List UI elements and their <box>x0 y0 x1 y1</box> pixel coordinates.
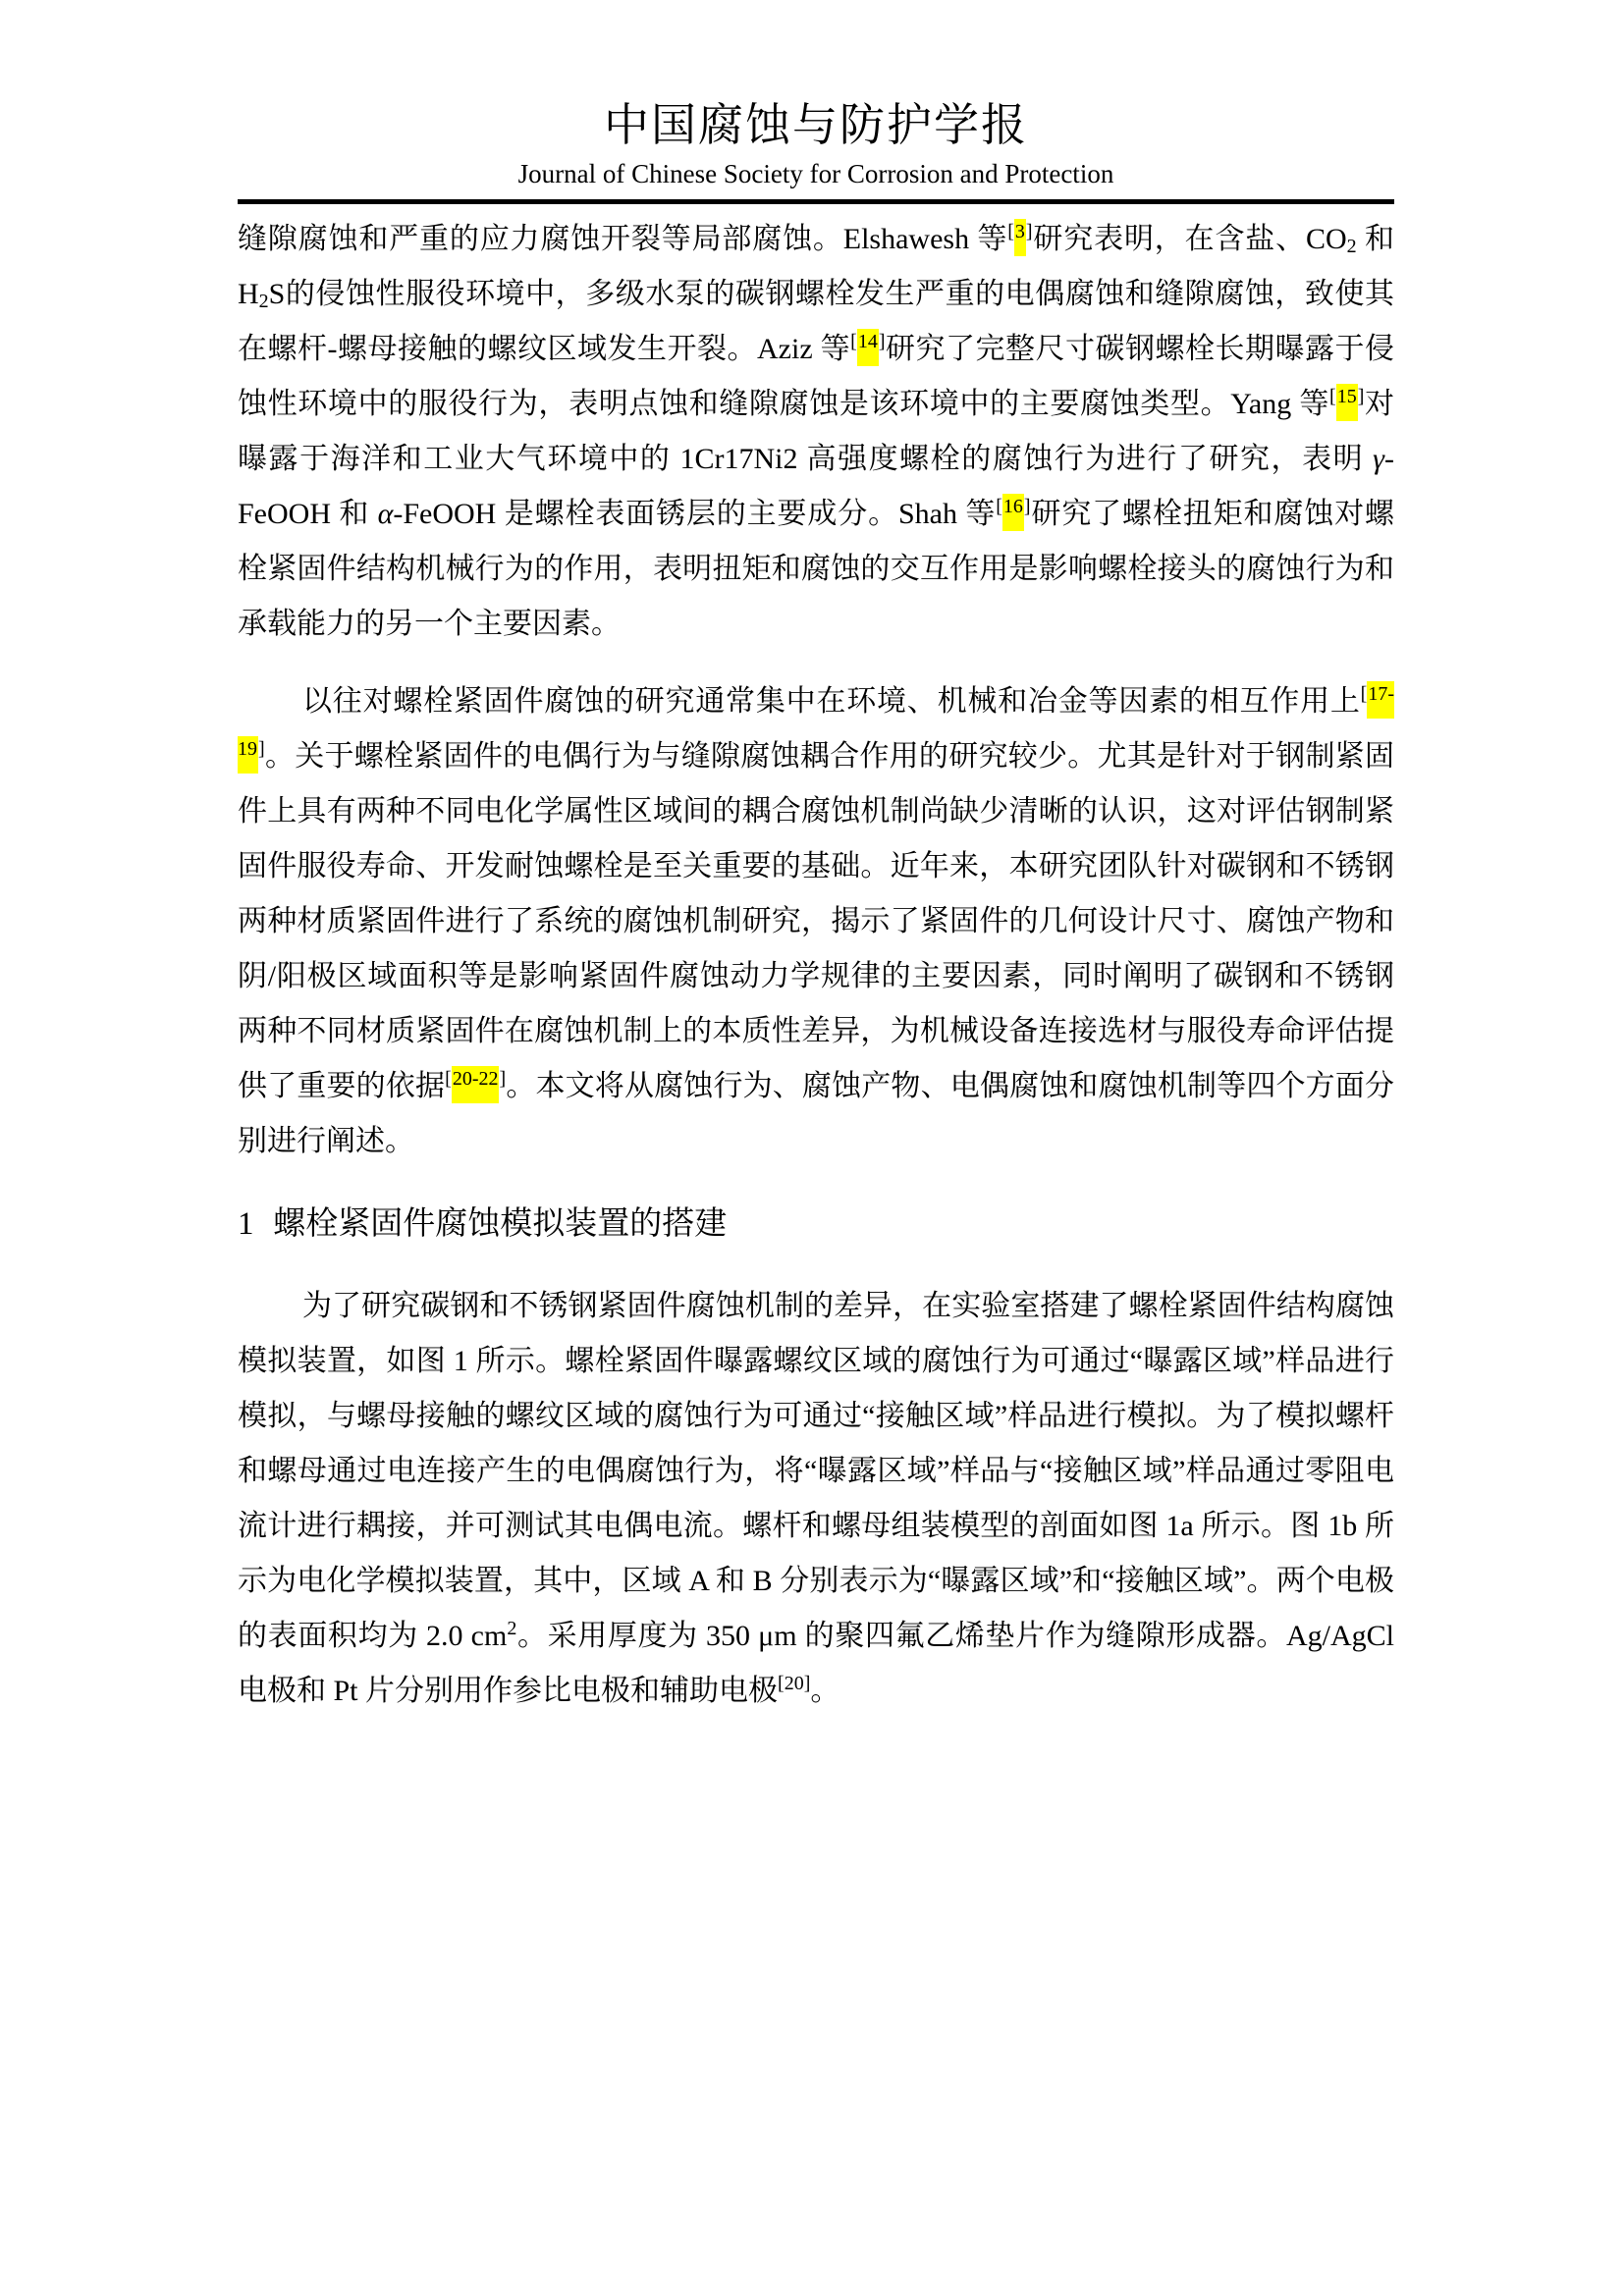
reference-highlight: 15 <box>1336 384 1358 421</box>
section-heading: 1螺栓紧固件腐蚀模拟装置的搭建 <box>238 1200 1394 1249</box>
reference-highlight: 20-22 <box>452 1066 500 1103</box>
reference-marker: [14] <box>850 329 885 366</box>
section-number: 1 <box>238 1206 254 1242</box>
journal-header: 中国腐蚀与防护学报 Journal of Chinese Society for… <box>238 0 1394 204</box>
reference-marker: [15] <box>1329 384 1364 421</box>
paragraph: 为了研究碳钢和不锈钢紧固件腐蚀机制的差异，在实验室搭建了螺栓紧固件结构腐蚀模拟装… <box>238 1279 1394 1719</box>
reference-marker: [3] <box>1007 219 1032 256</box>
reference-highlight: 17-19 <box>238 681 1394 774</box>
superscript: 2 <box>507 1618 516 1639</box>
reference-highlight: 3 <box>1014 219 1026 256</box>
italic-symbol: α <box>378 498 394 530</box>
reference-highlight: 16 <box>1002 494 1024 531</box>
subscript: 2 <box>259 291 269 312</box>
paragraph: 以往对螺栓紧固件腐蚀的研究通常集中在环境、机械和冶金等因素的相互作用上[17-1… <box>238 674 1394 1169</box>
journal-title-chinese: 中国腐蚀与防护学报 <box>238 102 1394 149</box>
subscript: 2 <box>1347 236 1357 257</box>
reference-marker: [20-22] <box>445 1066 506 1103</box>
reference-marker: [16] <box>996 494 1030 531</box>
journal-title-english: Journal of Chinese Society for Corrosion… <box>238 159 1394 188</box>
section-title: 螺栓紧固件腐蚀模拟装置的搭建 <box>273 1206 727 1242</box>
reference-highlight: 14 <box>857 329 879 366</box>
paragraph: 缝隙腐蚀和严重的应力腐蚀开裂等局部腐蚀。Elshawesh 等[3]研究表明，在… <box>238 212 1394 652</box>
reference-marker: [17-19] <box>238 681 1394 774</box>
document-page: 中国腐蚀与防护学报 Journal of Chinese Society for… <box>0 0 1624 2296</box>
article-body: 缝隙腐蚀和严重的应力腐蚀开裂等局部腐蚀。Elshawesh 等[3]研究表明，在… <box>238 212 1394 1719</box>
reference-marker: [20] <box>778 1673 810 1694</box>
italic-symbol: γ <box>1373 443 1384 475</box>
header-rule <box>238 199 1394 204</box>
